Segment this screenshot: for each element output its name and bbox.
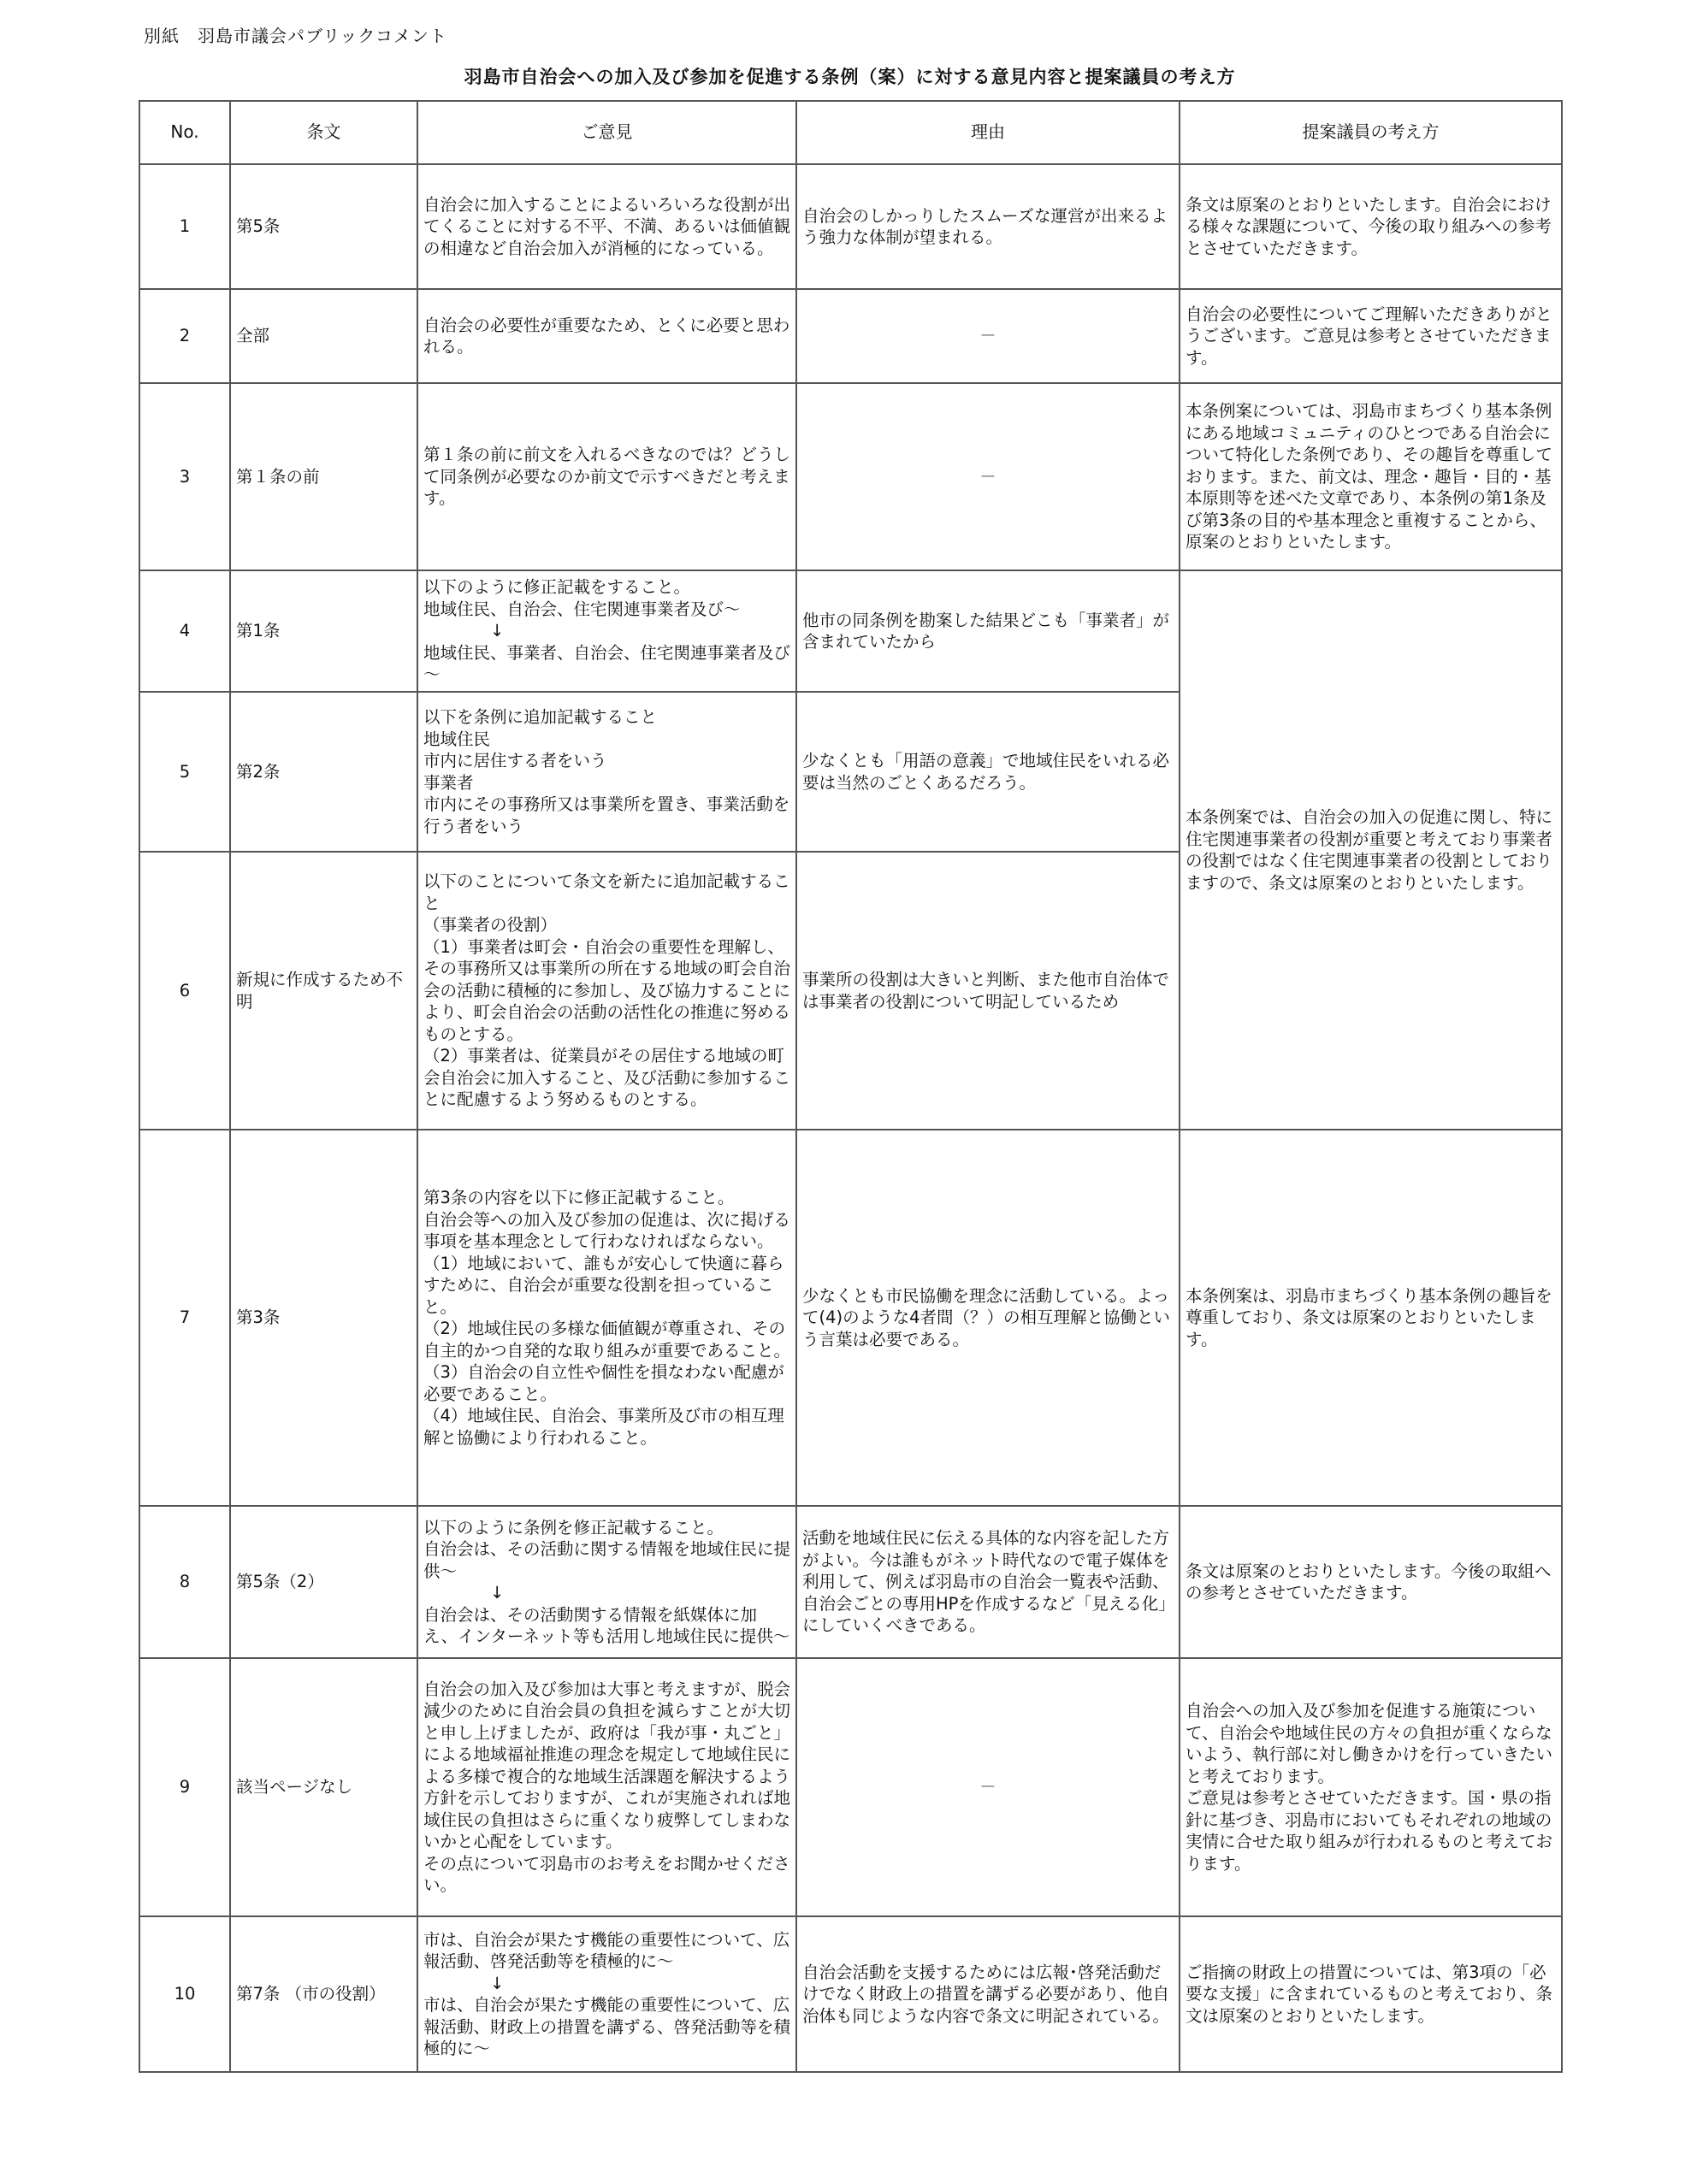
- cell-response: 自治会への加入及び参加を促進する施策について、自治会や地域住民の方々の負担が重く…: [1180, 1658, 1562, 1916]
- table-row: 9 該当ページなし 自治会の加入及び参加は大事と考えますが、脱会減少のために自治…: [139, 1658, 1562, 1916]
- cell-response: 条文は原案のとおりといたします。今後の取組への参考とさせていただきます。: [1180, 1506, 1562, 1658]
- column-header-response: 提案議員の考え方: [1180, 101, 1562, 164]
- column-header-article: 条文: [230, 101, 417, 164]
- cell-reason: －: [796, 383, 1180, 570]
- cell-no: 8: [139, 1506, 230, 1658]
- cell-opinion: 以下を条例に追加記載すること 地域住民 市内に居住する者をいう 事業者 市内にそ…: [417, 692, 796, 852]
- cell-opinion: 自治会に加入することによるいろいろな役割が出てくることに対する不平、不満、あるい…: [417, 164, 796, 289]
- cell-no: 10: [139, 1916, 230, 2072]
- cell-article: 第１条の前: [230, 383, 417, 570]
- cell-response: 自治会の必要性についてご理解いただきありがとうございます。ご意見は参考とさせてい…: [1180, 289, 1562, 383]
- cell-opinion: 第１条の前に前文を入れるべきなのでは？どうして同条例が必要なのか前文で示すべきだ…: [417, 383, 796, 570]
- column-header-no: No.: [139, 101, 230, 164]
- cell-no: 7: [139, 1130, 230, 1506]
- cell-reason: 少なくとも「用語の意義」で地域住民をいれる必要は当然のごとくあるだろう。: [796, 692, 1180, 852]
- cell-article: 第5条: [230, 164, 417, 289]
- comments-table: No. 条文 ご意見 理由 提案議員の考え方 1 第5条 自治会に加入することに…: [139, 100, 1563, 2073]
- table-row: 2 全部 自治会の必要性が重要なため、とくに必要と思われる。 － 自治会の必要性…: [139, 289, 1562, 383]
- cell-article: 該当ページなし: [230, 1658, 417, 1916]
- cell-reason: 自治会のしかっりしたスムーズな運営が出来るよう強力な体制が望まれる。: [796, 164, 1180, 289]
- cell-no: 9: [139, 1658, 230, 1916]
- cell-article: 第3条: [230, 1130, 417, 1506]
- cell-opinion: 以下のように条例を修正記載すること。 自治会は、その活動に関する情報を地域住民に…: [417, 1506, 796, 1658]
- cell-opinion: 以下のことについて条文を新たに追加記載すること （事業者の役割） （1）事業者は…: [417, 852, 796, 1130]
- table-row: 1 第5条 自治会に加入することによるいろいろな役割が出てくることに対する不平、…: [139, 164, 1562, 289]
- cell-response: 本条例案は、羽島市まちづくり基本条例の趣旨を尊重しており、条文は原案のとおりとい…: [1180, 1130, 1562, 1506]
- cell-reason: 活動を地域住民に伝える具体的な内容を記した方がよい。今は誰もがネット時代なので電…: [796, 1506, 1180, 1658]
- cell-opinion: 市は、自治会が果たす機能の重要性について、広報活動、啓発活動等を積極的に～ ↓ …: [417, 1916, 796, 2072]
- cell-no: 3: [139, 383, 230, 570]
- column-header-opinion: ご意見: [417, 101, 796, 164]
- cell-no: 2: [139, 289, 230, 383]
- cell-reason: 他市の同条例を勘案した結果どこも「事業者」が含まれていたから: [796, 570, 1180, 692]
- cell-article: 全部: [230, 289, 417, 383]
- cell-reason: 事業所の役割は大きいと判断、また他市自治体では事業者の役割について明記しているた…: [796, 852, 1180, 1130]
- cell-article: 第2条: [230, 692, 417, 852]
- cell-response: 本条例案については、羽島市まちづくり基本条例にある地域コミュニティのひとつである…: [1180, 383, 1562, 570]
- cell-response-merged: 本条例案では、自治会の加入の促進に関し、特に住宅関連事業者の役割が重要と考えてお…: [1180, 570, 1562, 1130]
- cell-no: 5: [139, 692, 230, 852]
- cell-reason: －: [796, 289, 1180, 383]
- cell-reason: 自治会活動を支援するためには広報･啓発活動だけでなく財政上の措置を講ずる必要があ…: [796, 1916, 1180, 2072]
- table-row: 4 第1条 以下のように修正記載をすること。 地域住民、自治会、住宅関連事業者及…: [139, 570, 1562, 692]
- cell-no: 1: [139, 164, 230, 289]
- cell-opinion: 自治会の加入及び参加は大事と考えますが、脱会減少のために自治会員の負担を減らすこ…: [417, 1658, 796, 1916]
- cell-opinion: 第3条の内容を以下に修正記載すること。 自治会等への加入及び参加の促進は、次に掲…: [417, 1130, 796, 1506]
- cell-no: 4: [139, 570, 230, 692]
- cell-article: 第1条: [230, 570, 417, 692]
- cell-article: 第5条（2）: [230, 1506, 417, 1658]
- cell-article: 新規に作成するため不明: [230, 852, 417, 1130]
- cell-response: 条文は原案のとおりといたします。自治会における様々な課題について、今後の取り組み…: [1180, 164, 1562, 289]
- table-row: 8 第5条（2） 以下のように条例を修正記載すること。 自治会は、その活動に関す…: [139, 1506, 1562, 1658]
- document-subtitle: 別紙 羽島市議会パブリックコメント: [144, 22, 447, 47]
- table-row: 10 第7条 （市の役割） 市は、自治会が果たす機能の重要性について、広報活動、…: [139, 1916, 1562, 2072]
- document-title: 羽島市自治会への加入及び参加を促進する条例（案）に対する意見内容と提案議員の考え…: [139, 63, 1561, 89]
- cell-reason: 少なくとも市民協働を理念に活動している。よって(4)のような4者間（？）の相互理…: [796, 1130, 1180, 1506]
- cell-no: 6: [139, 852, 230, 1130]
- cell-article: 第7条 （市の役割）: [230, 1916, 417, 2072]
- cell-reason: －: [796, 1658, 1180, 1916]
- cell-response: ご指摘の財政上の措置については、第3項の「必要な支援」に含まれているものと考えて…: [1180, 1916, 1562, 2072]
- table-header-row: No. 条文 ご意見 理由 提案議員の考え方: [139, 101, 1562, 164]
- cell-opinion: 以下のように修正記載をすること。 地域住民、自治会、住宅関連事業者及び～ ↓ 地…: [417, 570, 796, 692]
- cell-opinion: 自治会の必要性が重要なため、とくに必要と思われる。: [417, 289, 796, 383]
- table-row: 3 第１条の前 第１条の前に前文を入れるべきなのでは？どうして同条例が必要なのか…: [139, 383, 1562, 570]
- table-row: 7 第3条 第3条の内容を以下に修正記載すること。 自治会等への加入及び参加の促…: [139, 1130, 1562, 1506]
- column-header-reason: 理由: [796, 101, 1180, 164]
